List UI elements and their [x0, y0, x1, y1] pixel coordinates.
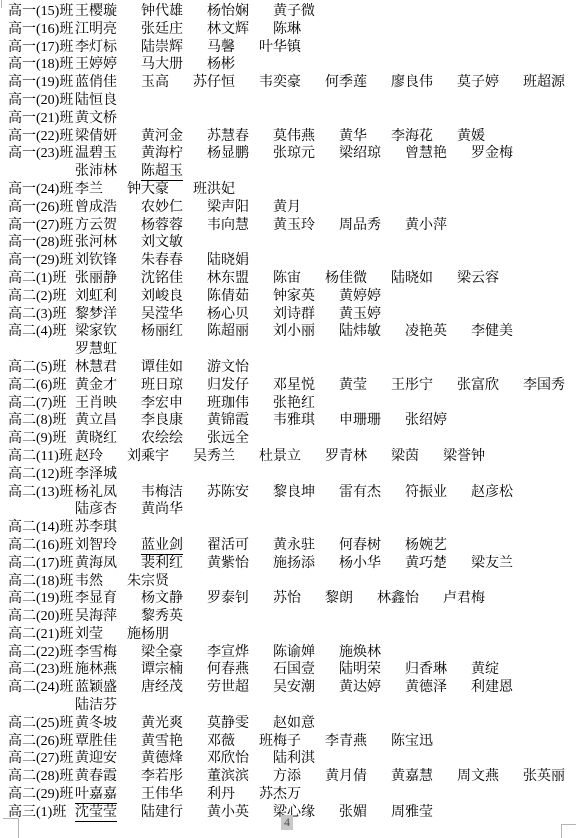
class-row: 高一(18)班王婷婷马大册杨彬: [8, 56, 576, 74]
student-name: 梁心缘: [273, 804, 315, 822]
student-name: 黄海凤: [75, 555, 117, 572]
class-label: 高二(17)班: [8, 555, 75, 572]
class-row: 高二(16)班刘智玲蓝业剑翟活可黄永驻何春树杨婉艺: [8, 537, 576, 555]
class-row: 高二(5)班林慧君谭佳如游文怡: [8, 359, 576, 377]
student-name: 刘钦锋: [75, 252, 117, 269]
class-label: 高二(12)班: [8, 466, 75, 483]
class-row: 高一(19)班蓝俏佳玉高苏仔恒韦奕豪何季莲廖良伟莫子婷班超源: [8, 74, 576, 92]
student-name: 刘莹: [75, 626, 103, 643]
student-name: 陈宙: [273, 270, 301, 287]
student-name: 石国壹: [273, 661, 315, 678]
student-name: 李显育: [75, 590, 117, 607]
class-row: 高二(28)班黄春霞李若彤董滨滨方添黄月倩黄嘉慧周文燕张英丽: [8, 768, 576, 786]
student-name: 李泽城: [75, 466, 117, 483]
class-label: 高一(22)班: [8, 128, 75, 145]
student-name: 马馨: [207, 39, 235, 56]
class-row: 高一(22)班梁倩妍黄河金苏慧春莫伟燕黄华李海花黄媛: [8, 128, 576, 146]
student-name: 温碧玉: [75, 145, 117, 162]
class-label: 高二(4)班: [8, 323, 75, 340]
class-label: 高二(8)班: [8, 412, 75, 429]
student-name: 陆利淇: [273, 750, 315, 767]
student-names: 陆洁芬: [75, 697, 117, 714]
class-row-continuation: 罗慧虹: [8, 341, 576, 359]
student-name: 罗泰钊: [207, 590, 249, 607]
class-label: 高二(5)班: [8, 359, 75, 376]
student-name: 黄晓红: [75, 430, 117, 447]
student-name: 申珊珊: [339, 412, 381, 429]
student-name: 蓝颖盛: [75, 679, 117, 696]
class-row: 高一(16)班江明亮张廷庄林文辉陈琳: [8, 21, 576, 39]
class-label: 高二(28)班: [8, 768, 75, 785]
student-name: 施扬添: [273, 555, 315, 572]
class-label: 高一(28)班: [8, 234, 75, 251]
student-name: 梁倩妍: [75, 128, 117, 145]
class-row: 高二(13)班杨礼凤韦梅洁苏陈安黎良坤雷有杰符振业赵彦松: [8, 484, 576, 502]
class-label: 高一(26)班: [8, 199, 75, 216]
student-name: 张廷庄: [141, 21, 183, 38]
class-label: 高二(1)班: [8, 270, 75, 287]
student-name: 陆崇辉: [141, 39, 183, 56]
student-name: 黄紫怡: [207, 555, 249, 572]
student-name: 苏仔恒: [193, 74, 235, 91]
class-row: 高一(21)班黄文桥: [8, 110, 576, 128]
student-name: 陈超玉: [141, 163, 183, 181]
student-name: 李青燕: [325, 733, 367, 750]
student-name: 沈莹莹: [75, 804, 117, 822]
student-name: 吴秀兰: [193, 448, 235, 465]
student-name: 黄冬坡: [75, 715, 117, 732]
student-name: 陈超丽: [207, 323, 249, 340]
student-names: 刘虹利刘峻良陈倩茹钟家英黄婷婷: [75, 288, 381, 305]
student-name: 杨彬: [207, 56, 235, 73]
student-name: 陈谕婵: [273, 644, 315, 661]
student-names: 苏李琪: [75, 519, 117, 536]
class-row: 高一(23)班温碧玉黄海柠杨显鹏张琼元梁绍琼曾慧艳罗金梅: [8, 145, 576, 163]
class-label: 高二(14)班: [8, 519, 75, 536]
class-label: 高二(2)班: [8, 288, 75, 305]
student-name: 游文怡: [207, 359, 249, 376]
student-name: 黄华: [339, 128, 367, 145]
student-names: 黄立昌李良康黄锦霞韦雅琪申珊珊张绍婷: [75, 412, 447, 429]
student-name: 邓欣怡: [207, 750, 249, 767]
student-name: 翟活可: [207, 537, 249, 555]
student-name: 韦然: [75, 573, 103, 590]
class-label: 高一(18)班: [8, 56, 75, 73]
class-label: 高二(21)班: [8, 626, 75, 643]
student-name: 陆晓娟: [207, 252, 249, 269]
student-name: 黄小萍: [405, 217, 447, 234]
student-name: 林鑫怡: [377, 590, 419, 607]
student-name: 赵彦松: [471, 484, 513, 501]
student-name: 苏陈安: [207, 484, 249, 501]
student-name: 刘智玲: [75, 537, 117, 555]
class-label: 高二(29)班: [8, 786, 75, 803]
student-names: 叶嘉嘉王伟华利丹苏杰万: [75, 786, 301, 804]
student-name: 方云贺: [75, 217, 117, 234]
class-label: 高一(15)班: [8, 3, 75, 20]
student-name: 钟家英: [273, 288, 315, 305]
class-row: 高二(22)班李雪梅梁全豪李宣烨陈谕婵施焕林: [8, 644, 576, 662]
student-name: 苏杰万: [259, 786, 301, 804]
student-name: 刘峻良: [141, 288, 183, 305]
student-name: 刘诗群: [273, 306, 315, 323]
student-name: 唐经茂: [141, 679, 183, 696]
student-name: 王彤宁: [391, 377, 433, 394]
class-label: 高一(17)班: [8, 39, 75, 56]
class-label: 高二(23)班: [8, 661, 75, 678]
student-name: 杨婉艺: [405, 537, 447, 555]
class-row: 高一(20)班陆恒良: [8, 92, 576, 110]
student-names: 覃胜佳黄雪艳邓薇班梅子李青燕陈宝迅: [75, 733, 433, 750]
student-names: 梁倩妍黄河金苏慧春莫伟燕黄华李海花黄媛: [75, 128, 485, 145]
student-names: 梁家钦杨丽红陈超丽刘小丽陆炜敏凌艳英李健美: [75, 323, 513, 340]
student-name: 黄嘉慧: [391, 768, 433, 785]
student-name: 李海花: [391, 128, 433, 145]
student-names: 赵玲刘乘宇吴秀兰杜景立罗青林梁茵梁誉钟: [75, 448, 485, 465]
student-name: 班梅子: [259, 733, 301, 750]
class-label: 高二(3)班: [8, 306, 75, 323]
student-name: 农绘绘: [141, 430, 183, 447]
student-name: 邓星悦: [273, 377, 315, 394]
student-name: 班超源: [523, 74, 565, 91]
student-names: 黄春霞李若彤董滨滨方添黄月倩黄嘉慧周文燕张英丽: [75, 768, 565, 785]
student-names: 黎梦洋吴滢华杨心贝刘诗群黄玉婷: [75, 306, 381, 323]
student-names: 张丽静沈铭佳林东盟陈宙杨佳微陆晓如梁云容: [75, 270, 499, 287]
student-name: 黄绽: [471, 661, 499, 678]
student-name: 叶华镇: [259, 39, 301, 56]
student-name: 符振业: [405, 484, 447, 501]
student-name: 张艳红: [273, 395, 315, 412]
student-name: 黄小英: [207, 804, 249, 822]
student-name: 蓝业剑: [141, 537, 183, 555]
student-name: 刘文敏: [141, 234, 183, 251]
student-name: 王樱璇: [75, 3, 117, 20]
student-names: 李泽城: [75, 466, 117, 483]
student-name: 韦梅洁: [141, 484, 183, 501]
student-names: 黄文桥: [75, 110, 117, 127]
class-row: 高二(19)班李显育杨文静罗泰钊苏怡黎朗林鑫怡卢君梅: [8, 590, 576, 608]
student-names: 黄迎安黄德烽邓欣怡陆利淇: [75, 750, 315, 767]
student-name: 何春树: [339, 537, 381, 555]
student-names: 刘智玲蓝业剑翟活可黄永驻何春树杨婉艺: [75, 537, 447, 555]
class-label: 高二(16)班: [8, 537, 75, 554]
student-name: 张琼元: [273, 145, 315, 162]
student-name: 钟大豪: [127, 181, 169, 198]
student-name: 钟代雄: [141, 3, 183, 20]
student-name: 雷有杰: [339, 484, 381, 501]
student-names: 陆恒良: [75, 92, 117, 109]
student-name: 黄文桥: [75, 110, 117, 127]
student-name: 韦向慧: [207, 217, 249, 234]
class-row: 高二(3)班黎梦洋吴滢华杨心贝刘诗群黄玉婷: [8, 306, 576, 324]
student-name: 刘虹利: [75, 288, 117, 305]
student-name: 黎良坤: [273, 484, 315, 501]
student-name: 董滨滨: [207, 768, 249, 785]
student-name: 沈铭佳: [141, 270, 183, 287]
student-name: 黄德烽: [141, 750, 183, 767]
student-names: 王肖映李宏申班珈伟张艳红: [75, 395, 315, 412]
class-label: 高二(26)班: [8, 733, 75, 750]
student-name: 黄河金: [141, 128, 183, 145]
student-name: 杜景立: [259, 448, 301, 465]
student-name: 李雪梅: [75, 644, 117, 661]
student-name: 莫静雯: [207, 715, 249, 732]
student-names: 张河林刘文敏: [75, 234, 183, 251]
class-row: 高二(14)班苏李琪: [8, 519, 576, 537]
student-name: 梁声阳: [207, 199, 249, 216]
margin-corner-mark-bottom-left-icon: [3, 818, 19, 838]
class-label: 高一(29)班: [8, 252, 75, 269]
student-name: 陆明荣: [339, 661, 381, 678]
student-name: 朱春春: [141, 252, 183, 269]
class-row: 高一(17)班李灯标陆崇辉马馨叶华镇: [8, 39, 576, 57]
student-names: 李灯标陆崇辉马馨叶华镇: [75, 39, 301, 56]
student-name: 陆建行: [141, 804, 183, 822]
class-row: 高二(2)班刘虹利刘峻良陈倩茹钟家英黄婷婷: [8, 288, 576, 306]
student-names: 黄金才班日琼归发仔邓星悦黄莹王彤宁张富欣李国秀: [75, 377, 565, 394]
class-label: 高二(24)班: [8, 679, 75, 696]
student-name: 黄锦霞: [207, 412, 249, 429]
class-label: 高二(9)班: [8, 430, 75, 447]
student-name: 朱宗贤: [127, 573, 169, 590]
student-name: 李若彤: [141, 768, 183, 785]
student-name: 梁云容: [457, 270, 499, 287]
class-row: 高二(26)班覃胜佳黄雪艳邓薇班梅子李青燕陈宝迅: [8, 733, 576, 751]
student-name: 吴安潮: [273, 679, 315, 696]
student-names: 黄海凤裴利红黄紫怡施扬添杨小华黄巧楚梁友兰: [75, 555, 513, 572]
student-name: 杨蓉蓉: [141, 217, 183, 234]
student-name: 陆恒良: [75, 92, 117, 109]
student-name: 归发仔: [207, 377, 249, 394]
student-name: 施林燕: [75, 661, 117, 678]
student-name: 吴滢华: [141, 306, 183, 323]
student-name: 何春燕: [207, 661, 249, 678]
student-names: 陆彦杏黄尚华: [75, 501, 183, 518]
student-name: 蓝俏佳: [75, 74, 117, 91]
student-name: 梁茵: [391, 448, 419, 465]
student-name: 黄玉玲: [273, 217, 315, 234]
student-name: 赵如意: [273, 715, 315, 732]
student-name: 王肖映: [75, 395, 117, 412]
class-label: 高二(6)班: [8, 377, 75, 394]
student-name: 王伟华: [141, 786, 183, 804]
student-name: 黄玉婷: [339, 306, 381, 323]
student-name: 周文燕: [457, 768, 499, 785]
class-row: 高一(27)班方云贺杨蓉蓉韦向慧黄玉玲周品秀黄小萍: [8, 217, 576, 235]
student-name: 莫子婷: [457, 74, 499, 91]
student-name: 苏慧春: [207, 128, 249, 145]
student-name: 王婷婷: [75, 56, 117, 73]
student-names: 张沛林陈超玉: [75, 163, 183, 181]
student-names: 黄晓红农绘绘张远全: [75, 430, 249, 447]
class-row: 高二(9)班黄晓红农绘绘张远全: [8, 430, 576, 448]
student-names: 李显育杨文静罗泰钊苏怡黎朗林鑫怡卢君梅: [75, 590, 485, 607]
student-names: 李雪梅梁全豪李宣烨陈谕婵施焕林: [75, 644, 381, 661]
student-name: 罗青林: [325, 448, 367, 465]
class-row: 高二(4)班梁家钦杨丽红陈超丽刘小丽陆炜敏凌艳英李健美: [8, 323, 576, 341]
student-name: 施焕林: [339, 644, 381, 661]
class-label: 高二(7)班: [8, 395, 75, 412]
student-name: 林文辉: [207, 21, 249, 38]
class-row-continuation: 张沛林陈超玉: [8, 163, 576, 181]
student-name: 张河林: [75, 234, 117, 251]
student-name: 陈倩茹: [207, 288, 249, 305]
class-row: 高二(11)班赵玲刘乘宇吴秀兰杜景立罗青林梁茵梁誉钟: [8, 448, 576, 466]
student-name: 黄婷婷: [339, 288, 381, 305]
student-name: 张媚: [339, 804, 367, 822]
student-name: 陆炜敏: [339, 323, 381, 340]
student-name: 曾成浩: [75, 199, 117, 216]
student-name: 杨显鹏: [207, 145, 249, 162]
class-label: 高一(21)班: [8, 110, 75, 127]
class-row: 高一(15)班王樱璇钟代雄杨怡娴黄子微: [8, 3, 576, 21]
class-row: 高二(17)班黄海凤裴利红黄紫怡施扬添杨小华黄巧楚梁友兰: [8, 555, 576, 573]
student-name: 张丽静: [75, 270, 117, 287]
student-name: 黄金才: [75, 377, 117, 394]
student-name: 利丹: [207, 786, 235, 804]
student-name: 梁誉钟: [443, 448, 485, 465]
class-row-continuation: 陆彦杏黄尚华: [8, 501, 576, 519]
student-name: 曾慧艳: [405, 145, 447, 162]
class-label: 高二(13)班: [8, 484, 75, 501]
student-name: 杨丽红: [141, 323, 183, 340]
student-name: 方添: [273, 768, 301, 785]
student-name: 张富欣: [457, 377, 499, 394]
student-name: 陈琳: [273, 21, 301, 38]
page-number-field: 4: [281, 815, 293, 830]
student-name: 杨佳微: [325, 270, 367, 287]
student-name: 刘乘宇: [127, 448, 169, 465]
student-name: 邓薇: [207, 733, 235, 750]
student-name: 黄尚华: [141, 501, 183, 518]
student-names: 罗慧虹: [75, 341, 117, 358]
student-name: 黎梦洋: [75, 306, 117, 323]
class-label: 高二(25)班: [8, 715, 75, 732]
student-name: 吴海萍: [75, 608, 117, 625]
student-names: 刘莹施杨朋: [75, 626, 169, 643]
student-name: 利建恩: [471, 679, 513, 696]
student-name: 黄月: [273, 199, 301, 216]
student-name: 黄光爽: [141, 715, 183, 732]
student-name: 杨礼凤: [75, 484, 117, 501]
student-name: 黎朗: [325, 590, 353, 607]
student-names: 刘钦锋朱春春陆晓娟: [75, 252, 249, 269]
student-names: 黄冬坡黄光爽莫静雯赵如意: [75, 715, 315, 732]
student-name: 覃胜佳: [75, 733, 117, 750]
student-names: 王樱璇钟代雄杨怡娴黄子微: [75, 3, 315, 20]
student-name: 凌艳英: [405, 323, 447, 340]
student-name: 黄子微: [273, 3, 315, 20]
student-name: 李灯标: [75, 39, 117, 56]
student-name: 李国秀: [523, 377, 565, 394]
student-name: 苏怡: [273, 590, 301, 607]
student-name: 李兰: [75, 181, 103, 198]
student-name: 班日琼: [141, 377, 183, 394]
student-name: 陆洁芬: [75, 697, 117, 714]
class-label: 高一(16)班: [8, 21, 75, 38]
student-name: 谭宗楠: [141, 661, 183, 678]
class-row: 高二(24)班蓝颖盛唐经茂劳世超吴安潮黄达婷黄德泽利建恩: [8, 679, 576, 697]
student-name: 黎秀英: [141, 608, 183, 625]
student-names: 方云贺杨蓉蓉韦向慧黄玉玲周品秀黄小萍: [75, 217, 447, 234]
student-name: 班洪妃: [193, 181, 235, 198]
student-name: 梁全豪: [141, 644, 183, 661]
student-name: 杨心贝: [207, 306, 249, 323]
class-row: 高二(12)班李泽城: [8, 466, 576, 484]
student-name: 周雅莹: [391, 804, 433, 822]
class-row: 高二(29)班叶嘉嘉王伟华利丹苏杰万: [8, 786, 576, 804]
student-name: 陈宝迅: [391, 733, 433, 750]
student-name: 班珈伟: [207, 395, 249, 412]
class-row: 高二(18)班韦然朱宗贤: [8, 573, 576, 591]
class-row: 高一(29)班刘钦锋朱春春陆晓娟: [8, 252, 576, 270]
student-name: 黄海柠: [141, 145, 183, 162]
student-name: 张绍婷: [405, 412, 447, 429]
student-name: 杨小华: [339, 555, 381, 572]
class-label: 高二(27)班: [8, 750, 75, 767]
student-name: 黄媛: [457, 128, 485, 145]
class-row: 高二(1)班张丽静沈铭佳林东盟陈宙杨佳微陆晓如梁云容: [8, 270, 576, 288]
student-name: 马大册: [141, 56, 183, 73]
student-name: 黄永驻: [273, 537, 315, 555]
student-name: 苏李琪: [75, 519, 117, 536]
student-name: 黄立昌: [75, 412, 117, 429]
student-names: 蓝颖盛唐经茂劳世超吴安潮黄达婷黄德泽利建恩: [75, 679, 513, 696]
class-row-continuation: 陆洁芬: [8, 697, 576, 715]
student-name: 张沛林: [75, 163, 117, 181]
class-row: 高二(23)班施林燕谭宗楠何春燕石国壹陆明荣归香琳黄绽: [8, 661, 576, 679]
student-name: 卢君梅: [443, 590, 485, 607]
class-label: 高一(27)班: [8, 217, 75, 234]
student-name: 张远全: [207, 430, 249, 447]
student-name: 杨怡娴: [207, 3, 249, 20]
student-name: 黄雪艳: [141, 733, 183, 750]
student-name: 林慧君: [75, 359, 117, 376]
student-names: 施林燕谭宗楠何春燕石国壹陆明荣归香琳黄绽: [75, 661, 499, 678]
student-name: 农妙仁: [141, 199, 183, 216]
student-name: 罗金梅: [471, 145, 513, 162]
student-names: 沈莹莹陆建行黄小英梁心缘张媚周雅莹: [75, 804, 433, 822]
student-name: 韦奕豪: [259, 74, 301, 91]
student-name: 黄巧楚: [405, 555, 447, 572]
student-name: 赵玲: [75, 448, 103, 465]
student-name: 何季莲: [325, 74, 367, 91]
student-names: 蓝俏佳玉高苏仔恒韦奕豪何季莲廖良伟莫子婷班超源: [75, 74, 565, 91]
document-text-area[interactable]: 高一(15)班王樱璇钟代雄杨怡娴黄子微高一(16)班江明亮张廷庄林文辉陈琳高一(…: [8, 3, 576, 822]
student-name: 黄月倩: [325, 768, 367, 785]
class-label: 高一(20)班: [8, 92, 75, 109]
student-name: 韦雅琪: [273, 412, 315, 429]
class-label: 高一(19)班: [8, 74, 75, 91]
class-label: 高二(19)班: [8, 590, 75, 607]
student-names: 林慧君谭佳如游文怡: [75, 359, 249, 376]
margin-corner-mark-bottom-right-icon: [561, 824, 576, 838]
student-name: 梁友兰: [471, 555, 513, 572]
student-name: 劳世超: [207, 679, 249, 696]
student-name: 林东盟: [207, 270, 249, 287]
student-name: 陆晓如: [391, 270, 433, 287]
student-name: 李宏申: [141, 395, 183, 412]
student-name: 江明亮: [75, 21, 117, 38]
student-name: 莫伟燕: [273, 128, 315, 145]
class-row: 高二(6)班黄金才班日琼归发仔邓星悦黄莹王彤宁张富欣李国秀: [8, 377, 576, 395]
student-name: 归香琳: [405, 661, 447, 678]
class-label: 高一(24)班: [8, 181, 75, 198]
class-row: 高一(28)班张河林刘文敏: [8, 234, 576, 252]
student-names: 韦然朱宗贤: [75, 573, 169, 590]
class-label: 高二(22)班: [8, 644, 75, 661]
student-name: 谭佳如: [141, 359, 183, 376]
